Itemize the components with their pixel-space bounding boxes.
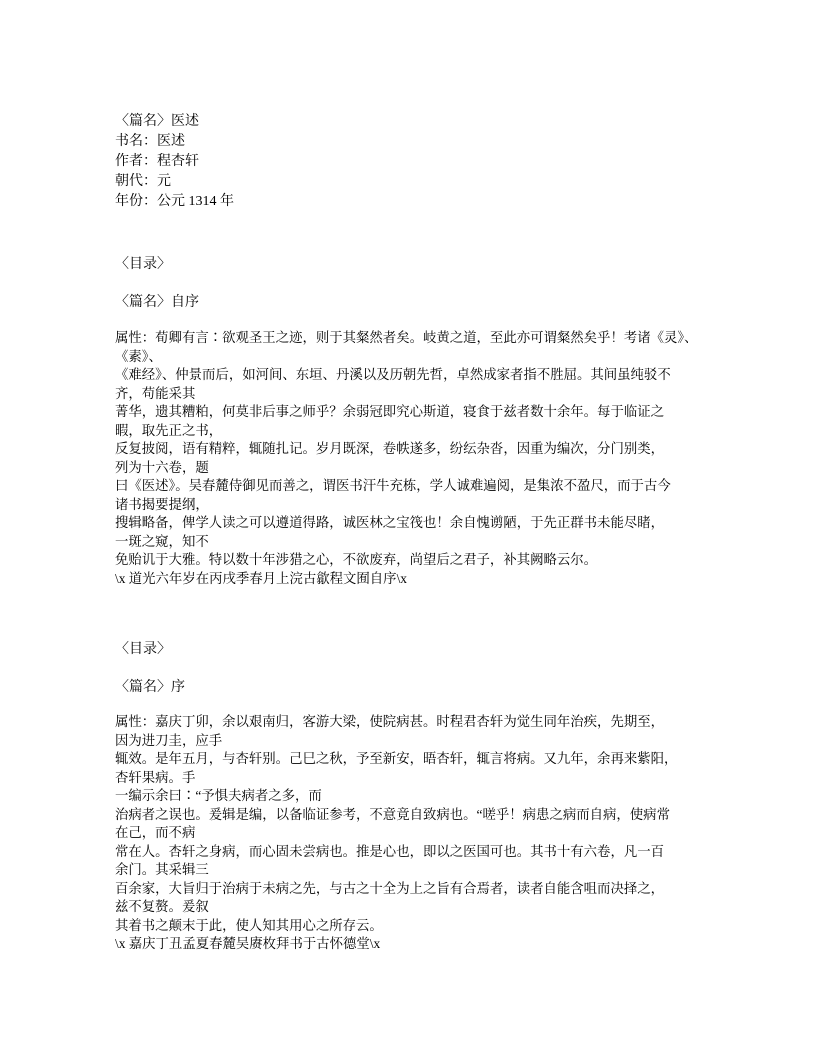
year-line: 年份：公元 1314 年 [115,192,234,212]
book-name-line: 书名：医述 [115,132,234,152]
signature-line: \x 嘉庆丁丑孟夏春麓吴赓枚拜书于古怀德堂\x [115,935,677,954]
text-line: 常在人。杏轩之身病，而心固未尝病也。推是心也，即以之医国可也。其书十有六卷，凡一… [115,843,677,862]
text-line: 菁华，遗其糟粕，何莫非后事之师乎？余弱冠即究心斯道，寝食于兹者数十余年。每于临证… [115,403,697,422]
text-line: 暇，取先正之书， [115,422,697,441]
book-meta-block: 〈篇名〉医述 书名：医述 作者：程杏轩 朝代：元 年份：公元 1314 年 [115,112,234,212]
section-title-self-preface: 〈篇名〉自序 [115,294,199,312]
text-line: 属性：荀卿有言∶欲观圣王之迹，则于其粲然者矣。岐黄之道，至此亦可谓粲然矣乎！考诸… [115,329,697,348]
section-title-preface: 〈篇名〉序 [115,679,185,697]
doc-title-tag: 〈篇名〉医述 [115,112,234,132]
text-line: 一斑之窥，知不 [115,533,697,552]
document-page: 〈篇名〉医述 书名：医述 作者：程杏轩 朝代：元 年份：公元 1314 年 〈目… [0,0,816,1056]
text-line: 属性：嘉庆丁卯，余以艰南归，客游大梁，使院病甚。时程君杏轩为觉生同年治疾，先期至… [115,713,677,732]
text-line: 曰《医述》。吴春麓侍御见而善之，谓医书汗牛充栋，学人诚难遍阅，是集浓不盈尺，而于… [115,477,697,496]
text-line: 杏轩果病。手 [115,769,677,788]
text-line: 治病者之误也。爰辑是编，以备临证参考，不意竟自致病也。“嗟乎！病患之病而自病，使… [115,806,677,825]
self-preface-paragraph: 属性：荀卿有言∶欲观圣王之迹，则于其粲然者矣。岐黄之道，至此亦可谓粲然矣乎！考诸… [115,329,697,588]
text-line: 其着书之颠末于此，使人知其用心之所存云。 [115,917,677,936]
text-line: 因为进刀圭，应手 [115,732,677,751]
text-line: 搜辑略备，俾学人读之可以遵道得路，诚医林之宝筏也！余自愧谫陋，于先正群书未能尽睹… [115,514,697,533]
text-line: 免贻讥于大雅。特以数十年涉猎之心，不欲废弃，尚望后之君子，补其阙略云尔。 [115,551,697,570]
text-line: 余门。其采辑三 [115,861,677,880]
text-line: 兹不复赘。爰叙 [115,898,677,917]
text-line: 列为十六卷，题 [115,459,697,478]
signature-line: \x 道光六年岁在丙戌季春月上浣古歙程文囿自序\x [115,570,697,589]
text-line: 在己，而不病 [115,824,677,843]
dynasty-line: 朝代：元 [115,172,234,192]
text-line: 诸书揭要提纲， [115,496,697,515]
text-line: 《难经》、仲景而后，如河间、东垣、丹溪以及历朝先哲，卓然成家者指不胜屈。其间虽纯… [115,366,697,385]
text-line: 《素》、 [115,348,697,367]
text-line: 齐，苟能采其 [115,385,697,404]
text-line: 反复披阅，语有精粹，辄随扎记。岁月既深，卷帙遂多，纷纭杂沓，因重为编次，分门别类… [115,440,697,459]
toc-marker: 〈目录〉 [115,641,171,659]
preface-paragraph: 属性：嘉庆丁卯，余以艰南归，客游大梁，使院病甚。时程君杏轩为觉生同年治疾，先期至… [115,713,677,954]
author-line: 作者：程杏轩 [115,152,234,172]
text-line: 百余家，大旨归于治病于未病之先，与古之十全为上之旨有合焉者，读者自能含咀而决择之… [115,880,677,899]
toc-marker: 〈目录〉 [115,256,171,274]
text-line: 一编示余曰∶“予惧夫病者之多，而 [115,787,677,806]
text-line: 辄效。是年五月，与杏轩别。己巳之秋，予至新安，晤杏轩，辄言将病。又九年，余再来紫… [115,750,677,769]
